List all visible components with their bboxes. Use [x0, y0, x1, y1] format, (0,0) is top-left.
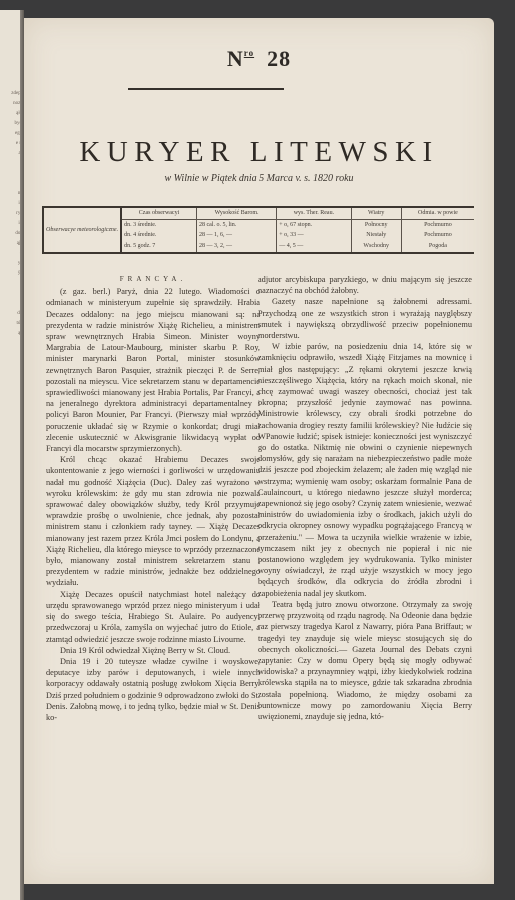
left-column: FRANCYA. (z gaz. berl.) Paryż, dnia 22 l…: [46, 274, 260, 723]
number-prefix: N: [227, 46, 244, 71]
previous-page-fragment: ąła: [2, 110, 22, 118]
previous-page-fragment: tó-: [2, 320, 22, 328]
weather-cell: dn. 3 średnie.: [121, 219, 196, 230]
newspaper-title: KURYER LITEWSKI: [24, 136, 494, 169]
article-paragraph: W izbie parów, na posiedzeniu dnia 14, k…: [258, 341, 472, 599]
weather-cell: dn. 4 średnie.: [121, 231, 196, 242]
number-value: 28: [267, 46, 291, 71]
weather-cell: dn. 5 godz. 7: [121, 241, 196, 252]
previous-page-fragment: n-: [2, 190, 22, 198]
article-paragraph: Król chcąc okazać Hrabiemu Decazes swoje…: [46, 454, 260, 588]
section-title-francya: FRANCYA.: [46, 274, 260, 285]
previous-page-fragment: noz-: [2, 100, 22, 108]
article-paragraph: adjutor arcybiskupa paryzkiego, w dniu m…: [258, 274, 472, 296]
dateline: w Wilnie w Piątek dnia 5 Marca v. s. 182…: [24, 173, 494, 184]
article-paragraph: Gazety nasze napełnione są żałobnemi adr…: [258, 296, 472, 341]
weather-cell: Pogoda: [401, 241, 474, 252]
article-paragraph: Teatra będą jutro znowu otworzone. Otrzy…: [258, 599, 472, 722]
weather-cell: — 4, 5 —: [277, 241, 351, 252]
previous-page-fragment: ią: [2, 220, 22, 228]
weather-cell: + o, 33 —: [277, 231, 351, 242]
previous-page-fragment: ŷ-: [2, 270, 22, 278]
weather-cell: 28 cal. o. 5, lin.: [196, 219, 276, 230]
weather-cell: + o, 67 stopn.: [277, 219, 351, 230]
previous-page-edge: zdep. noz- ąła byd ega e r. a. n- ia ry-…: [0, 10, 22, 900]
previous-page-fragment: ry-: [2, 210, 22, 218]
article-paragraph: Dnia 19 Król odwiedzał Xiężnę Berry w St…: [46, 645, 260, 656]
previous-page-fragment: ę: [2, 250, 22, 258]
article-paragraph: (z gaz. berl.) Paryż, dnia 22 lutego. Wi…: [46, 286, 260, 454]
newspaper-page: Nro 28 KURYER LITEWSKI w Wilnie w Piątek…: [24, 18, 494, 884]
weather-header-time: Czas obserwacyi: [121, 208, 196, 219]
previous-page-fragment: y-: [2, 260, 22, 268]
weather-table-label: Obserwacye meteorologiczne.: [43, 208, 121, 252]
previous-page-fragment: ąj-: [2, 240, 22, 248]
previous-page-fragment: da: [2, 310, 22, 318]
previous-page-fragment: ą-: [2, 330, 22, 338]
weather-cell: Pochmurno: [401, 219, 474, 230]
weather-header-thermometer: wys. Ther. Reau.: [277, 208, 351, 219]
masthead-rule: [128, 88, 284, 90]
weather-cell: 28 — 1, 6, —: [196, 231, 276, 242]
previous-page-fragment: e r.: [2, 140, 22, 148]
issue-number: Nro 28: [24, 46, 494, 72]
weather-cell: Pochmurno: [401, 231, 474, 242]
weather-cell: Niestały: [351, 231, 401, 242]
number-superscript: ro: [244, 48, 254, 58]
previous-page-fragment: ega: [2, 130, 22, 138]
previous-page-fragment: do-: [2, 230, 22, 238]
weather-cell: Połnocny: [351, 219, 401, 230]
weather-header-winds: Wiatry: [351, 208, 401, 219]
previous-page-fragment: zdep.: [2, 90, 22, 98]
weather-cell: Wschodny: [351, 241, 401, 252]
meteorological-table: Obserwacye meteorologiczne. Czas obserwa…: [42, 206, 474, 254]
right-column: adjutor arcybiskupa paryzkiego, w dniu m…: [258, 274, 472, 722]
previous-page-fragment: a.: [2, 150, 22, 158]
weather-cell: 28 — 3, 2, —: [196, 241, 276, 252]
article-paragraph: Dnia 19 i 20 tuteysze władze cywilne i w…: [46, 656, 260, 723]
previous-page-fragment: byd: [2, 120, 22, 128]
previous-page-fragment: ia: [2, 200, 22, 208]
weather-header-conditions: Odmia. w powie: [401, 208, 474, 219]
article-paragraph: Xiążę Decazes opuścił natychmiast hotel …: [46, 589, 260, 645]
weather-header-barometer: Wysokość Barom.: [196, 208, 276, 219]
